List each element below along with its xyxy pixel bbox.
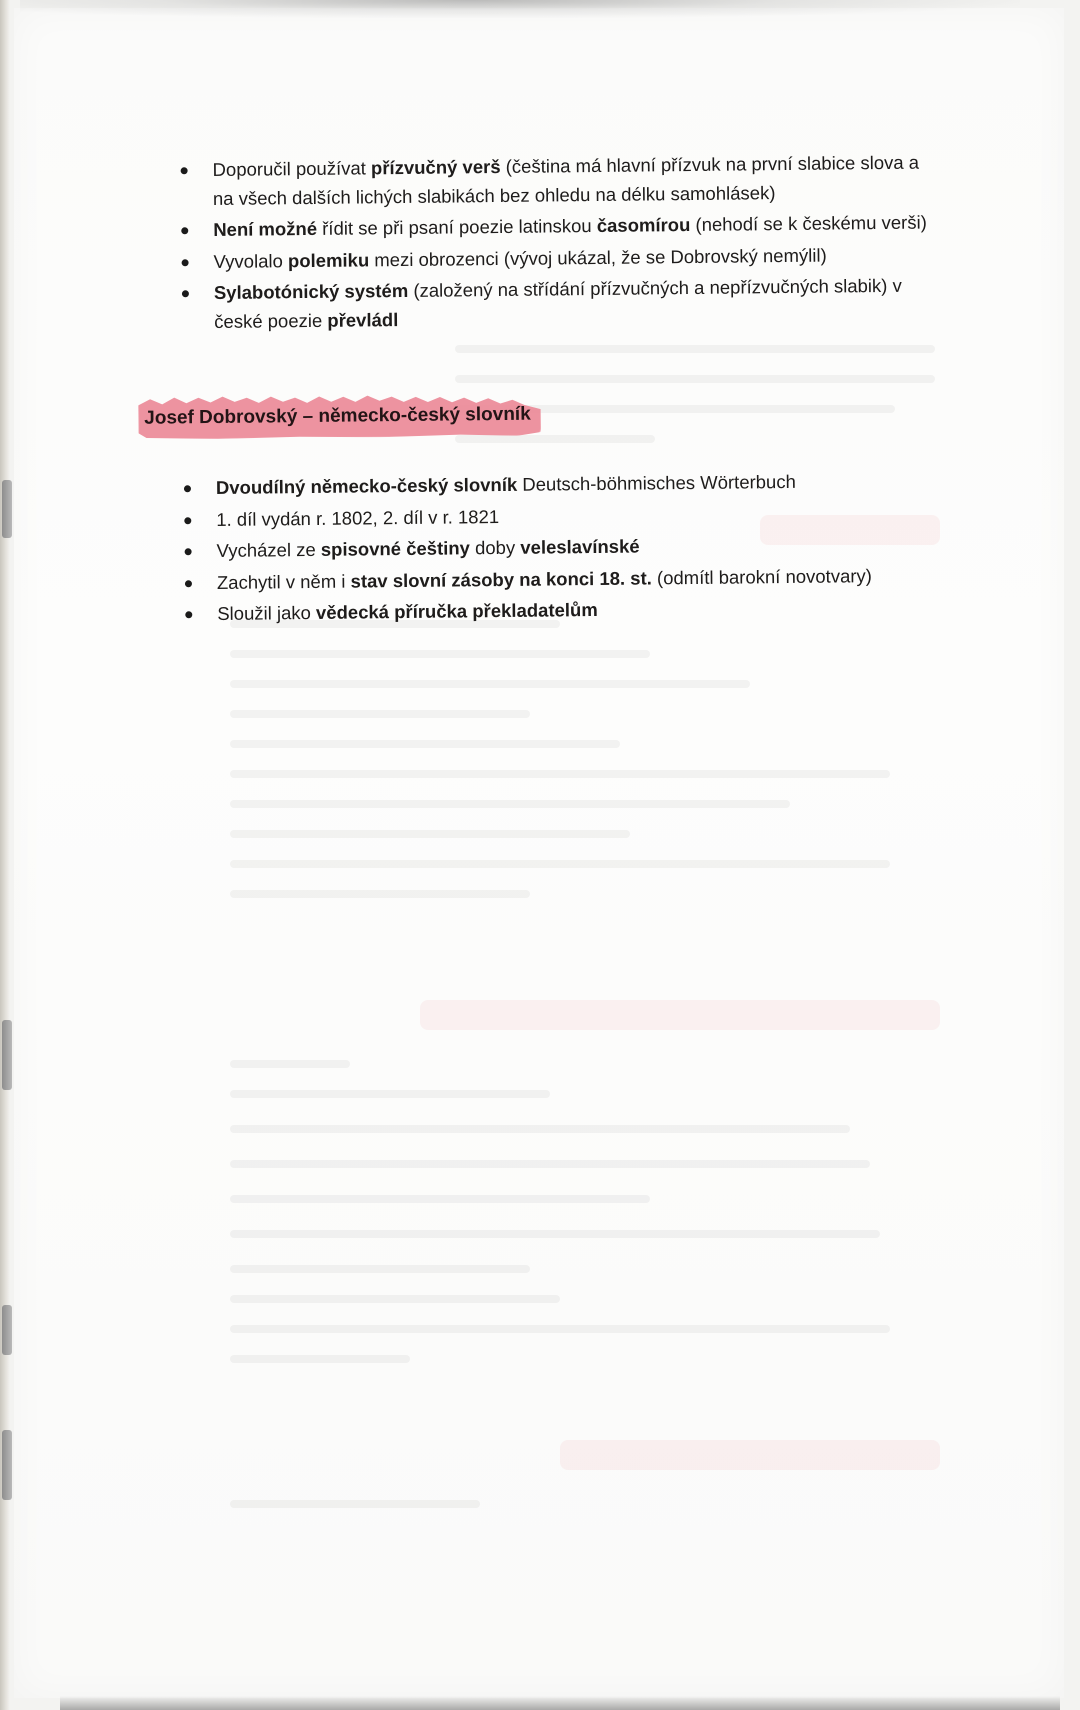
bold-text: přízvučný verš xyxy=(371,156,501,178)
list-item: Vycházel ze spisovné češtiny doby velesl… xyxy=(182,530,902,566)
document-content: Doporučil používat přízvučný verš (češti… xyxy=(0,0,1080,1710)
text: 1. díl vydán r. 1802, 2. díl v r. 1821 xyxy=(216,506,499,530)
bold-text: spisovné češtiny xyxy=(321,537,470,560)
text: doby xyxy=(470,537,521,559)
text: Vyvolalo xyxy=(213,250,288,272)
text: (nehodí se k českému verši) xyxy=(690,212,927,235)
text: řídit se při psaní poezie latinskou xyxy=(317,215,597,239)
text: Deutsch-böhmisches Wörterbuch xyxy=(517,471,796,495)
section-heading: Josef Dobrovský – německo-český slovník xyxy=(144,402,531,432)
text: Doporučil používat xyxy=(213,157,372,180)
bold-text: vědecká příručka překladatelům xyxy=(316,599,598,623)
list-item: 1. díl vydán r. 1802, 2. díl v r. 1821 xyxy=(182,498,902,534)
list-item: Zachytil v něm i stav slovní zásoby na k… xyxy=(183,561,903,597)
list-item: Doporučil používat přízvučný verš (češti… xyxy=(178,148,939,213)
section-heading-text: Josef Dobrovský – německo-český slovník xyxy=(144,402,531,432)
bold-text: stav slovní zásoby na konci 18. st. xyxy=(350,567,651,591)
binder-hole xyxy=(2,1430,12,1500)
bold-text: Dvoudílný německo-český slovník xyxy=(216,474,517,498)
list-item: Sylabotónický systém (založený na střídá… xyxy=(180,271,941,336)
text: Sloužil jako xyxy=(217,602,316,624)
bold-text: časomírou xyxy=(597,214,691,236)
bold-text: Není možné xyxy=(213,218,317,240)
list-item: Dvoudílný německo-český slovník Deutsch-… xyxy=(182,467,902,503)
text: mezi obrozenci (vývoj ukázal, že se Dobr… xyxy=(369,244,827,270)
text: Zachytil v něm i xyxy=(217,570,351,592)
bold-text: převládl xyxy=(327,309,398,331)
list-item: Sloužil jako vědecká příručka překladate… xyxy=(183,593,903,629)
text: (odmítl barokní novotvary) xyxy=(652,565,872,588)
list-item: Vyvolalo polemiku mezi obrozenci (vývoj … xyxy=(179,240,939,276)
text: Vycházel ze xyxy=(216,539,320,561)
bold-text: Sylabotónický systém xyxy=(214,280,409,303)
bullet-list-slovnik: Dvoudílný německo-český slovník Deutsch-… xyxy=(182,467,904,632)
bullet-list-prizvucny-vers: Doporučil používat přízvučný verš (češti… xyxy=(178,148,940,339)
list-item: Není možné řídit se při psaní poezie lat… xyxy=(179,208,939,244)
bold-text: polemiku xyxy=(288,249,369,271)
bold-text: veleslavínské xyxy=(520,536,640,558)
